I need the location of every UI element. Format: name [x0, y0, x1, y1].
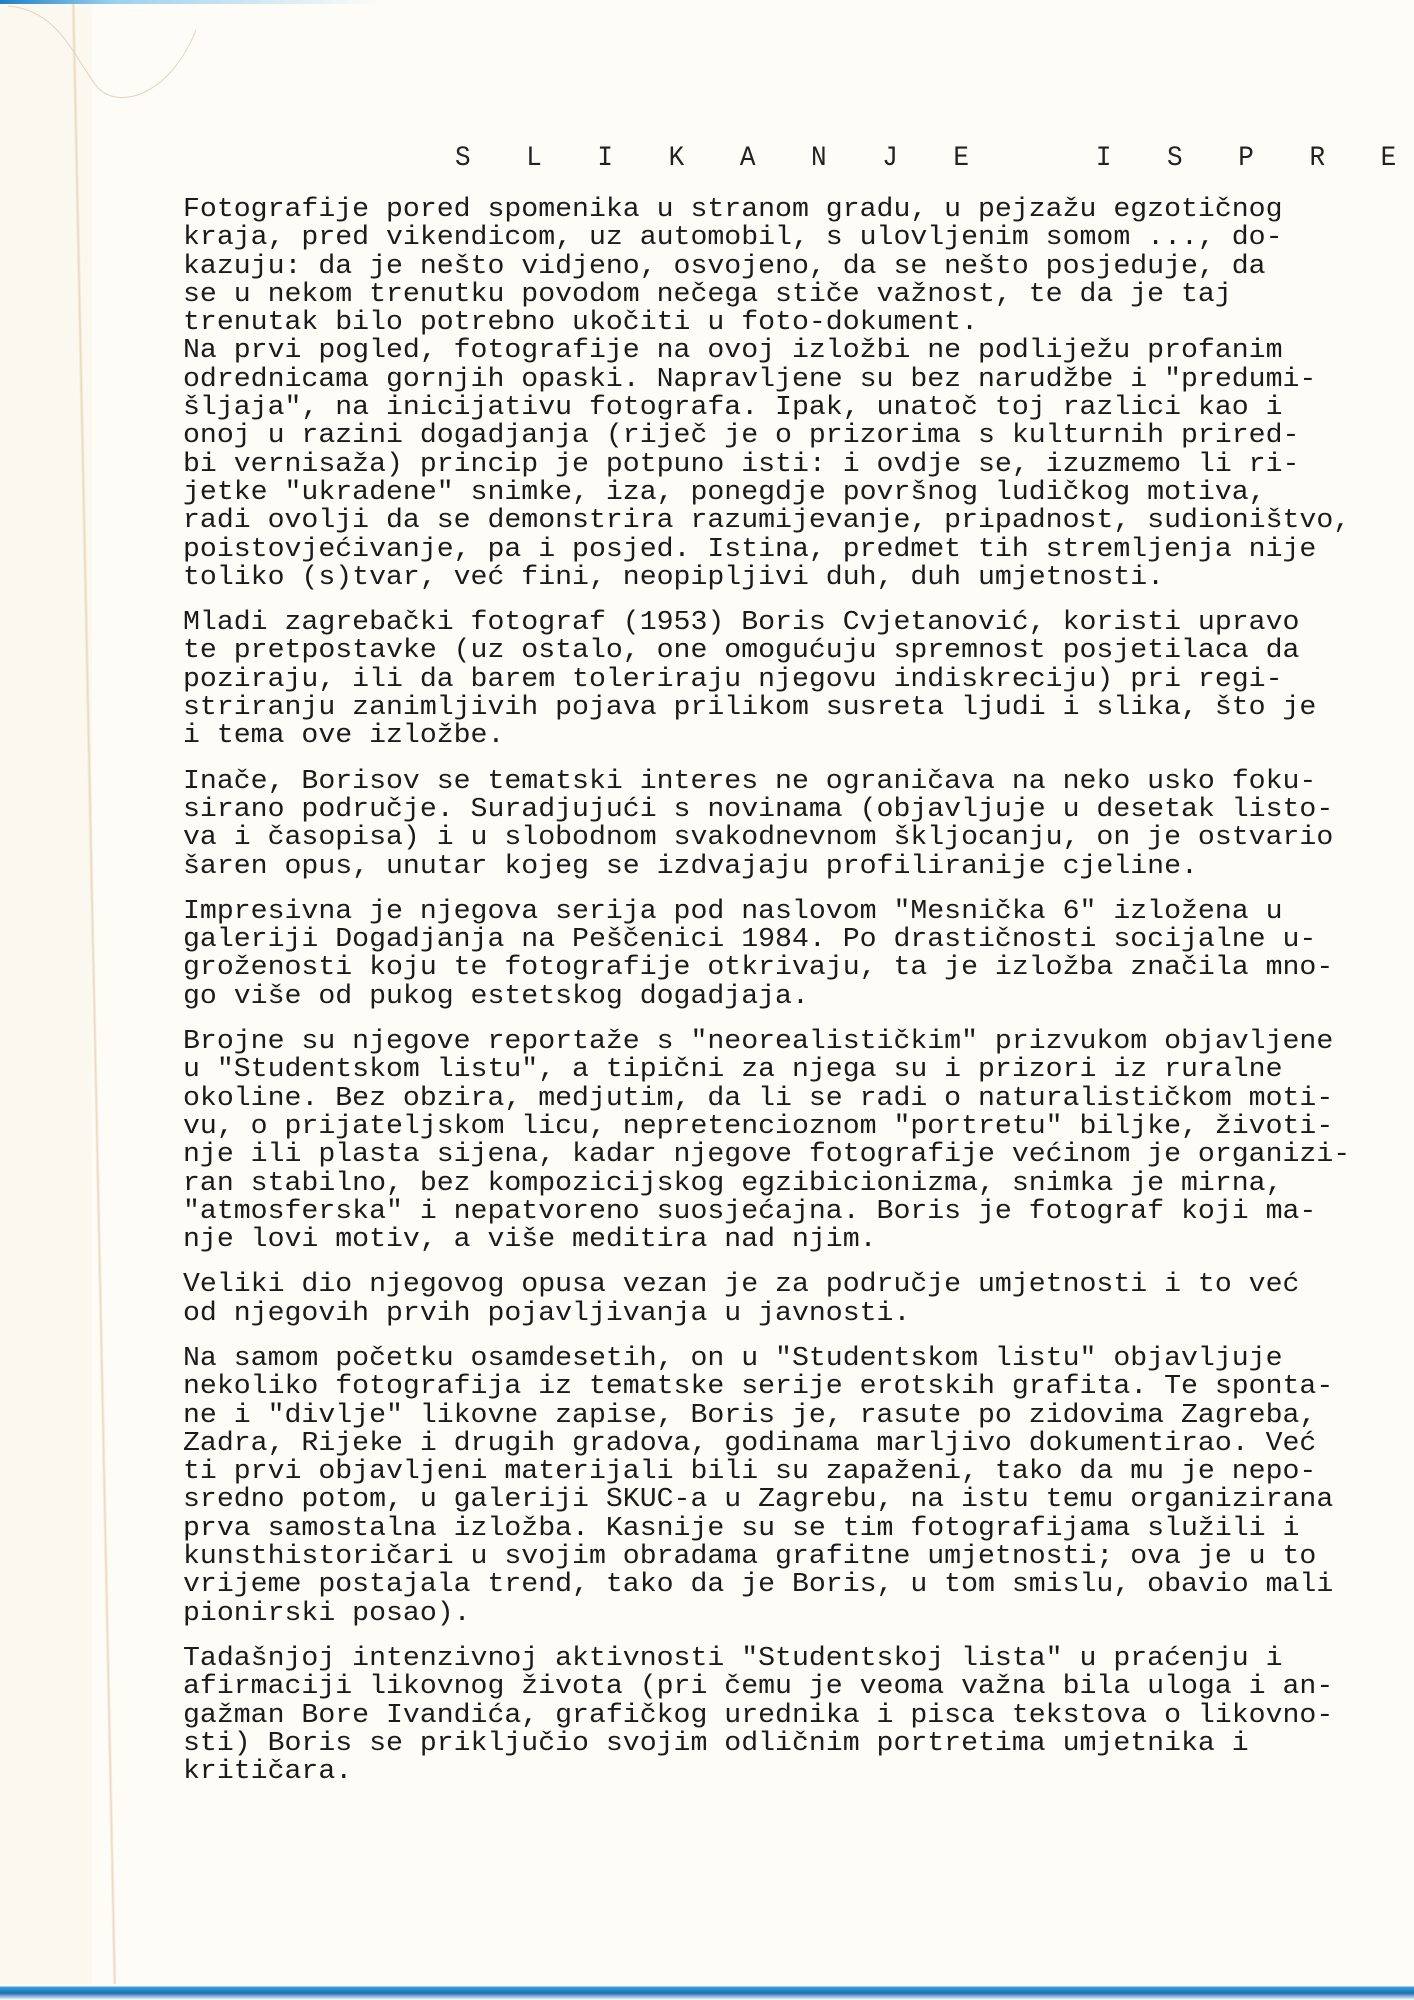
text-line: trenutak bilo potrebno ukočiti u foto-do…: [183, 310, 1383, 337]
paragraph: Inače, Borisov se tematski interes ne og…: [183, 769, 1383, 882]
text-line: onoj u razini dogadjanja (riječ je o pri…: [183, 423, 1383, 450]
text-line: sredno potom, u galeriji SKUC-a u Zagreb…: [183, 1487, 1383, 1514]
text-line: sirano područje. Suradjujući s novinama …: [183, 797, 1383, 824]
paragraph: Na samom početku osamdesetih, on u "Stud…: [183, 1346, 1383, 1629]
text-line: Zadra, Rijeke i drugih gradova, godinama…: [183, 1431, 1383, 1458]
text-line: kazuju: da je nešto vidjeno, osvojeno, d…: [183, 254, 1383, 281]
text-line: kritičara.: [183, 1759, 1383, 1786]
text-line: šljaja", na inicijativu fotografa. Ipak,…: [183, 395, 1383, 422]
text-line: pionirski posao).: [183, 1601, 1383, 1628]
text-line: šaren opus, unutar kojeg se izdvajaju pr…: [183, 854, 1383, 881]
text-line: bi vernisaža) princip je potpuno isti: i…: [183, 452, 1383, 479]
text-line: prva samostalna izložba. Kasnije su se t…: [183, 1516, 1383, 1543]
text-line: ti prvi objavljeni materijali bili su za…: [183, 1459, 1383, 1486]
text-line: va i časopisa) i u slobodnom svakodnevno…: [183, 825, 1383, 852]
text-line: Impresivna je njegova serija pod naslovo…: [183, 899, 1383, 926]
text-line: poistovjećivanje, pa i posjed. Istina, p…: [183, 537, 1383, 564]
text-line: od njegovih prvih pojavljivanja u javnos…: [183, 1301, 1383, 1328]
text-line: Brojne su njegove reportaže s "neorealis…: [183, 1029, 1383, 1056]
text-line: odrednicama gornjih opaski. Napravljene …: [183, 367, 1383, 394]
text-line: Na prvi pogled, fotografije na ovoj izlo…: [183, 338, 1383, 365]
text-line: striranju zanimljivih pojava prilikom su…: [183, 695, 1383, 722]
paragraph: Impresivna je njegova serija pod naslovo…: [183, 899, 1383, 1012]
text-line: jetke "ukradene" snimke, iza, ponegdje p…: [183, 480, 1383, 507]
paragraph: Veliki dio njegovog opusa vezan je za po…: [183, 1272, 1383, 1329]
text-line: radi ovolji da se demonstrira razumijeva…: [183, 508, 1383, 535]
text-line: okoline. Bez obzira, medjutim, da li se …: [183, 1086, 1383, 1113]
text-line: Mladi zagrebački fotograf (1953) Boris C…: [183, 610, 1383, 637]
text-line: gažman Bore Ivandića, grafičkog urednika…: [183, 1703, 1383, 1730]
text-line: galeriji Dogadjanja na Peščenici 1984. P…: [183, 927, 1383, 954]
text-line: groženosti koju te fotografije otkrivaju…: [183, 955, 1383, 982]
scanner-edge-top: [0, 0, 380, 4]
text-line: "atmosferska" i nepatvoreno suosjećajna.…: [183, 1199, 1383, 1226]
text-line: afirmaciji likovnog života (pri čemu je …: [183, 1674, 1383, 1701]
paragraph: Mladi zagrebački fotograf (1953) Boris C…: [183, 610, 1383, 751]
text-line: ran stabilno, bez kompozicijskog egzibic…: [183, 1171, 1383, 1198]
text-line: kunsthistoričari u svojim obradama grafi…: [183, 1544, 1383, 1571]
text-line: nje lovi motiv, a više meditira nad njim…: [183, 1227, 1383, 1254]
text-line: vrijeme postajala trend, tako da je Bori…: [183, 1572, 1383, 1599]
text-line: i tema ove izložbe.: [183, 723, 1383, 750]
text-line: Fotografije pored spomenika u stranom gr…: [183, 197, 1383, 224]
text-line: toliko (s)tvar, već fini, neopipljivi du…: [183, 565, 1383, 592]
paragraph: Fotografije pored spomenika u stranom gr…: [183, 197, 1383, 338]
text-line: ne i "divlje" likovne zapise, Boris je, …: [183, 1403, 1383, 1430]
text-line: nekoliko fotografija iz tematske serije …: [183, 1374, 1383, 1401]
paragraph: Na prvi pogled, fotografije na ovoj izlo…: [183, 338, 1383, 593]
text-line: Na samom početku osamdesetih, on u "Stud…: [183, 1346, 1383, 1373]
text-line: go više od pukog estetskog dogadjaja.: [183, 984, 1383, 1011]
text-line: nje ili plasta sijena, kadar njegove fot…: [183, 1142, 1383, 1169]
paper-crease-curve: [0, 0, 200, 110]
text-line: se u nekom trenutku povodom nečega stiče…: [183, 282, 1383, 309]
text-line: u "Studentskom listu", a tipični za njeg…: [183, 1057, 1383, 1084]
text-line: te pretpostavke (uz ostalo, one omogućuj…: [183, 638, 1383, 665]
text-line: poziraju, ili da barem toleriraju njegov…: [183, 667, 1383, 694]
scanner-edge-bottom: [0, 1984, 1414, 2000]
text-line: Tadašnjoj intenzivnoj aktivnosti "Studen…: [183, 1646, 1383, 1673]
text-line: Veliki dio njegovog opusa vezan je za po…: [183, 1272, 1383, 1299]
text-line: vu, o prijateljskom licu, nepretenciozno…: [183, 1114, 1383, 1141]
text-line: kraja, pred vikendicom, uz automobil, s …: [183, 225, 1383, 252]
text-line: sti) Boris se priključio svojim odličnim…: [183, 1731, 1383, 1758]
paragraph: Tadašnjoj intenzivnoj aktivnosti "Studen…: [183, 1646, 1383, 1787]
document-body: Fotografije pored spomenika u stranom gr…: [183, 197, 1383, 1804]
text-line: Inače, Borisov se tematski interes ne og…: [183, 769, 1383, 796]
paragraph: Brojne su njegove reportaže s "neorealis…: [183, 1029, 1383, 1255]
document-title: S L I K A N J E I S P R E D S L I K A: [455, 142, 1414, 174]
